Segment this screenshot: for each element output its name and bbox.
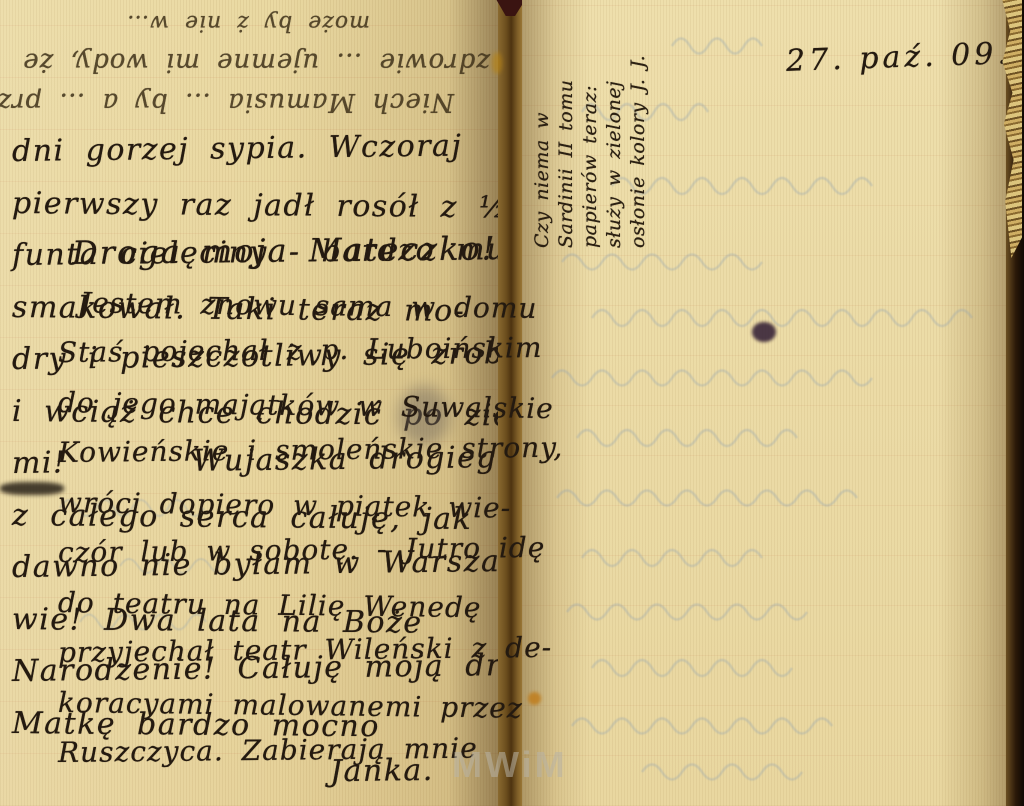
handwriting-line: przyjechał teatr Wileński z de- xyxy=(58,624,479,678)
handwriting-line: Droga moja Mateczko! xyxy=(58,224,479,278)
inverted-top-note: Niech Mamusia … by a … przyszli…zdrowie … xyxy=(4,2,490,122)
handwriting-line: Czy niema w xyxy=(530,0,554,248)
handwriting-line: czór lub w sobotę. - Jutro idę xyxy=(58,524,479,578)
vertical-margin-note: Czy niema wSardinii II tomupapierów tera… xyxy=(530,0,650,248)
handwriting-line: zdrowie … ujemne mi wody, że xyxy=(4,42,490,82)
handwriting-line: Staś pojechał z p. Luboińskim xyxy=(58,324,479,378)
handwriting-line: Sardinii II tomu xyxy=(554,0,578,248)
handwriting-line: Niech Mamusia … by a … przyszli… xyxy=(4,82,490,122)
handwriting-line: Ruszczyca. Zabierają mnie xyxy=(58,724,479,778)
handwriting-line: może by ż nie w… xyxy=(4,2,490,42)
watermark-text: MWiM xyxy=(452,744,568,786)
handwriting-line: Kowieńskie i smoleńskie strony, xyxy=(58,424,479,478)
handwriting-line: służy w zielonej xyxy=(602,0,626,248)
handwriting-line: dni gorzej sypia. Wczoraj xyxy=(12,120,495,178)
open-notebook: Niech Mamusia … by a … przyszli…zdrowie … xyxy=(0,0,1024,806)
right-page-text: Droga moja Mateczko!Jestem znowu sama w … xyxy=(58,228,478,778)
handwriting-line: papierów teraz: xyxy=(578,0,602,248)
handwriting-line: osłonie kolory J. J. xyxy=(626,0,650,248)
